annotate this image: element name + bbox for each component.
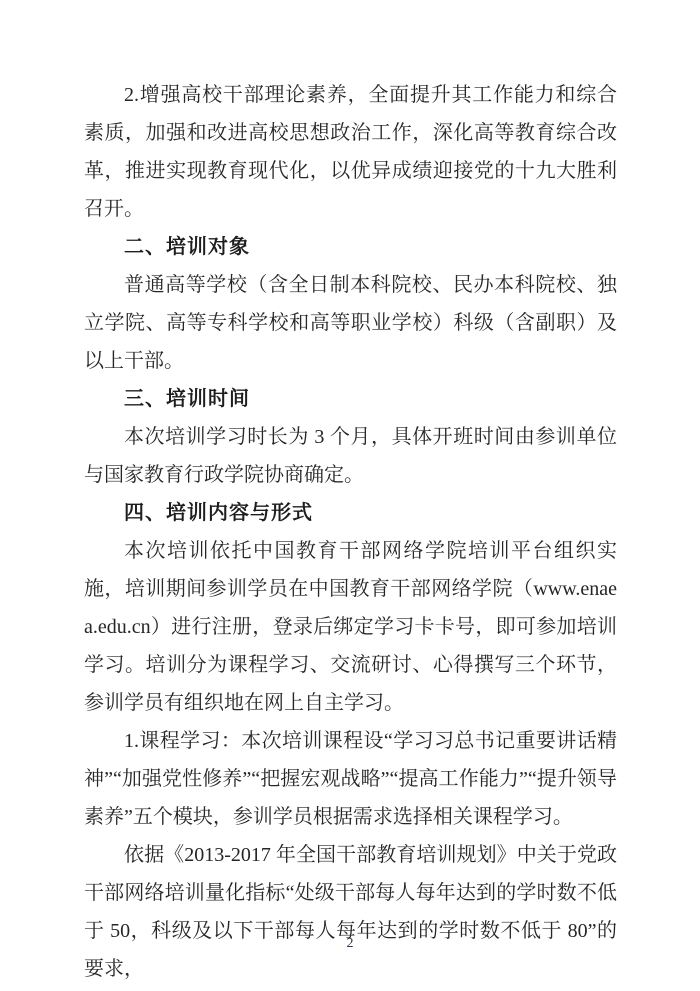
section-heading-training-content-form: 四、培训内容与形式 bbox=[84, 494, 617, 532]
document-page: 2.增强高校干部理论素养，全面提升其工作能力和综合素质，加强和改进高校思想政治工… bbox=[0, 0, 700, 991]
paragraph-training-platform: 本次培训依托中国教育干部网络学院培训平台组织实施，培训期间参训学员在中国教育干部… bbox=[84, 532, 617, 722]
section-heading-training-target: 二、培训对象 bbox=[84, 228, 617, 266]
paragraph-training-time: 本次培训学习时长为 3 个月，具体开班时间由参训单位与国家教育行政学院协商确定。 bbox=[84, 418, 617, 494]
paragraph-training-plan-requirement: 依据《2013-2017 年全国干部教育培训规划》中关于党政干部网络培训量化指标… bbox=[84, 836, 617, 988]
page-footer: 2 bbox=[0, 934, 700, 952]
page-number: 2 bbox=[347, 936, 354, 951]
paragraph-training-target: 普通高等学校（含全日制本科院校、民办本科院校、独立学院、高等专科学校和高等职业学… bbox=[84, 266, 617, 380]
paragraph-theory-goal: 2.增强高校干部理论素养，全面提升其工作能力和综合素质，加强和改进高校思想政治工… bbox=[84, 76, 617, 228]
section-heading-training-time: 三、培训时间 bbox=[84, 380, 617, 418]
paragraph-course-modules: 1.课程学习：本次培训课程设“学习习总书记重要讲话精神”“加强党性修养”“把握宏… bbox=[84, 722, 617, 836]
